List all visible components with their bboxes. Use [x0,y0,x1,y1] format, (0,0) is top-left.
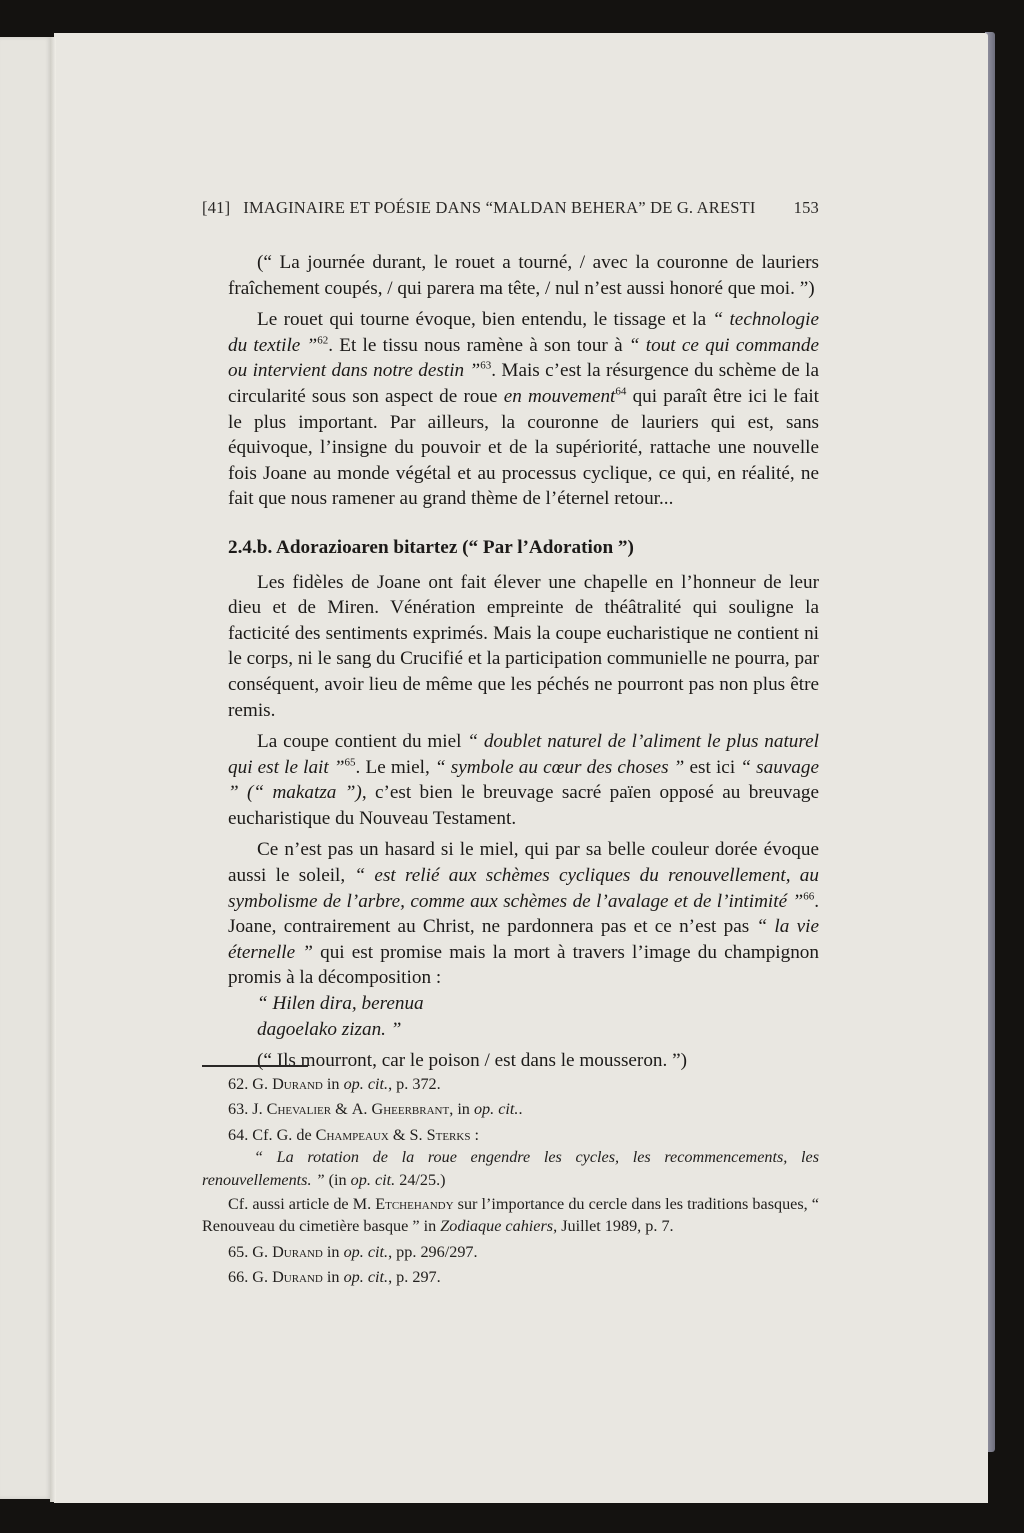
footnote-number: 64. [228,1126,248,1144]
op-cit: op. cit. [474,1100,519,1118]
text-run: . [518,1100,522,1118]
text-run: , p. 372. [388,1075,441,1093]
section-heading: 2.4.b. Adorazioaren bitartez (“ Par l’Ad… [228,535,819,561]
footnote-ref-64[interactable]: 64 [615,386,626,398]
paragraph-translation-2: (“ Ils mourront, car le poison / est dan… [228,1048,819,1074]
footnote-65: 65. G. Durand in op. cit., pp. 296/297. [202,1241,819,1263]
op-cit: op. cit. [351,1171,396,1189]
paragraph-rouet: Le rouet qui tourne évoque, bien entendu… [228,307,819,512]
footnote-number: 65. [228,1243,248,1261]
author: Etchehandy [375,1195,453,1213]
facing-page-edge [0,37,52,1499]
text-run: : [470,1126,479,1144]
running-head: [41] IMAGINAIRE ET POÉSIE DANS “MALDAN B… [202,198,819,218]
footnote-64: 64. Cf. G. de Champeaux & S. Sterks : [202,1124,819,1146]
text-run: & [331,1100,352,1118]
footnote-62: 62. G. Durand in op. cit., p. 372. [202,1073,819,1095]
verse-line: “ Hilen dira, berenua [257,991,819,1017]
paragraph-miel: Ce n’est pas un hasard si le miel, qui p… [228,837,819,991]
text-run: , in [449,1100,474,1118]
quote-run: “ La rotation de la roue engendre les cy… [202,1148,819,1188]
text-run: in [323,1243,344,1261]
paragraph-translation-1: (“ La journée durant, le rouet a tourné,… [228,250,819,301]
footnote-number: 63. [228,1100,248,1118]
author: G. Durand [252,1268,323,1286]
text-run: Le rouet qui tourne évoque, bien entendu… [257,309,712,330]
text-run: Cf. aussi article de M. [228,1195,375,1213]
section-ref: [41] [202,198,230,217]
paragraph-coupe: La coupe contient du miel “ doublet natu… [228,729,819,831]
running-title: IMAGINAIRE ET POÉSIE DANS “MALDAN BEHERA… [243,198,755,217]
text-run: in [323,1075,344,1093]
text-run: . Et le tissu nous ramène à son tour à [328,335,629,356]
author: Sterks [427,1126,471,1144]
page-number: 153 [794,198,819,218]
author: J. Chevalier [252,1100,331,1118]
op-cit: op. cit. [344,1075,389,1093]
footnote-ref-62[interactable]: 62 [317,334,328,346]
footnote-66: 66. G. Durand in op. cit., p. 297. [202,1266,819,1288]
text-run: , Juillet 1989, p. 7. [553,1217,674,1235]
op-cit: op. cit. [344,1268,389,1286]
quote-run: “ symbole au cœur des choses ” [435,757,684,778]
author: G. Durand [252,1243,323,1261]
text-run: . Le miel, [356,757,435,778]
footnote-ref-63[interactable]: 63 [480,360,491,372]
footnote-64-quote: “ La rotation de la roue engendre les cy… [202,1146,819,1191]
verse-quote: “ Hilen dira, berenua dagoelako zizan. ” [228,991,819,1042]
footnote-64-cf: Cf. aussi article de M. Etchehandy sur l… [202,1193,819,1238]
footnote-ref-66[interactable]: 66 [803,890,814,902]
text-run: est ici [684,757,740,778]
book-gutter [50,37,56,1502]
main-text: (“ La journée durant, le rouet a tourné,… [228,250,819,1074]
running-head-title: [41] IMAGINAIRE ET POÉSIE DANS “MALDAN B… [202,198,756,218]
text-run: , p. 297. [388,1268,441,1286]
text-run: (in [325,1171,351,1189]
author: Champeaux [316,1126,389,1144]
footnote-63: 63. J. Chevalier & A. Gheerbrant, in op.… [202,1098,819,1120]
footnote-number: 62. [228,1075,248,1093]
footnotes: 62. G. Durand in op. cit., p. 372. 63. J… [202,1073,819,1292]
text-run: & S. [389,1126,427,1144]
op-cit: op. cit. [344,1243,389,1261]
text-run: qui est promise mais la mort à travers l… [228,942,819,989]
paragraph-fideles: Les fidèles de Joane ont fait élever une… [228,570,819,724]
footnote-divider [202,1065,308,1067]
text-run: , pp. 296/297. [388,1243,477,1261]
quote-run: en mouvement [504,386,616,407]
text-run: Cf. G. de [252,1126,315,1144]
text-run: La coupe contient du miel [257,731,467,752]
author: A. Gheerbrant [352,1100,449,1118]
text-run: in [323,1268,344,1286]
verse-line: dagoelako zizan. ” [257,1017,819,1043]
footnote-ref-65[interactable]: 65 [345,756,356,768]
text-run: 24/25.) [395,1171,445,1189]
journal-title: Zodiaque cahiers [440,1217,553,1235]
footnote-number: 66. [228,1268,248,1286]
author: G. Durand [252,1075,323,1093]
